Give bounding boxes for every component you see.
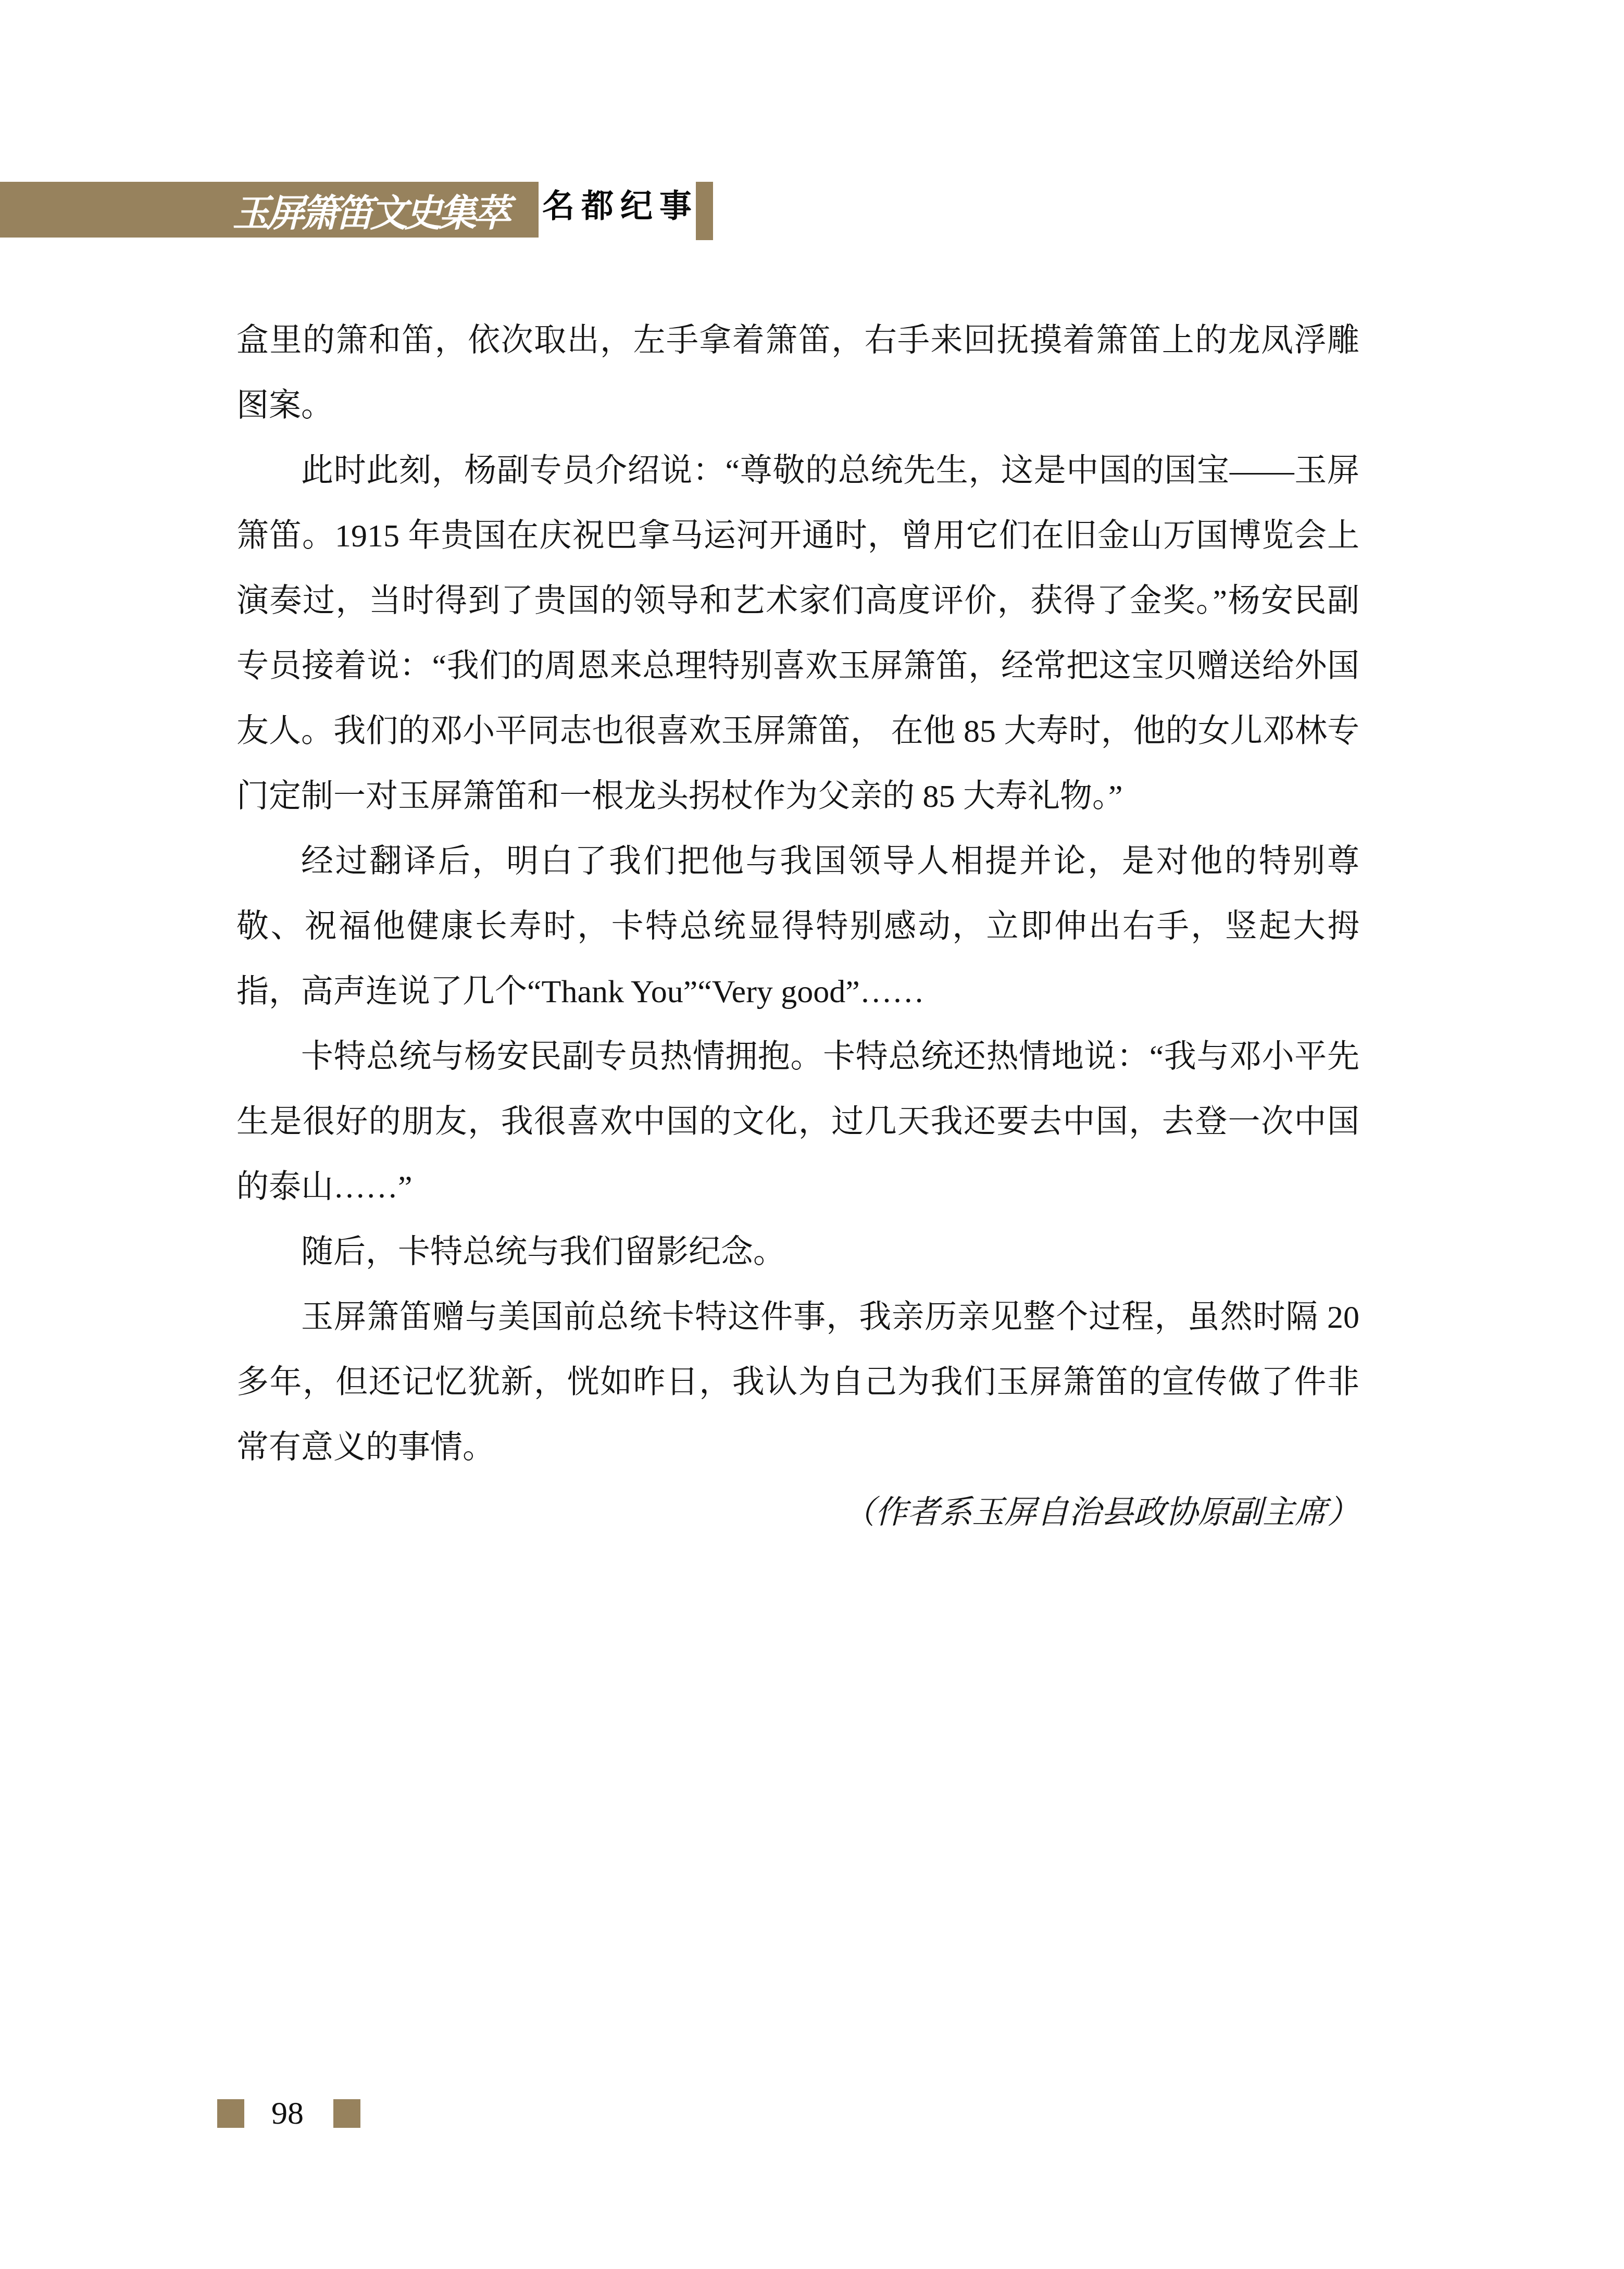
article-body: 盒里的箫和笛，依次取出，左手拿着箫笛，右手来回抚摸着箫笛上的龙凤浮雕图案。 此时… — [236, 308, 1359, 1545]
section-title: 名都纪事 — [542, 189, 698, 225]
paragraph: 玉屏箫笛赠与美国前总统卡特这件事，我亲历亲见整个过程，虽然时隔 20 多年，但还… — [236, 1285, 1359, 1480]
author-note: （作者系玉屏自治县政协原副主席） — [236, 1480, 1359, 1545]
header-accent-bar — [696, 182, 713, 240]
series-title-calligraphy: 玉屏箫笛文史集萃 — [228, 182, 512, 238]
book-page: 玉屏箫笛文史集萃 名都纪事 盒里的箫和笛，依次取出，左手拿着箫笛，右手来回抚摸着… — [0, 0, 1624, 2269]
page-number: 98 — [245, 2097, 330, 2129]
footer-ornament-right — [333, 2099, 360, 2128]
paragraph: 经过翻译后，明白了我们把他与我国领导人相提并论，是对他的特别尊敬、祝福他健康长寿… — [236, 829, 1359, 1025]
paragraph: 卡特总统与杨安民副专员热情拥抱。卡特总统还热情地说：“我与邓小平先生是很好的朋友… — [236, 1025, 1359, 1220]
paragraph: 随后，卡特总统与我们留影纪念。 — [236, 1220, 1359, 1285]
paragraph-continuation: 盒里的箫和笛，依次取出，左手拿着箫笛，右手来回抚摸着箫笛上的龙凤浮雕图案。 — [236, 308, 1359, 439]
paragraph: 此时此刻，杨副专员介绍说：“尊敬的总统先生，这是中国的国宝——玉屏箫笛。1915… — [236, 439, 1359, 829]
footer-ornament-left — [217, 2099, 244, 2128]
